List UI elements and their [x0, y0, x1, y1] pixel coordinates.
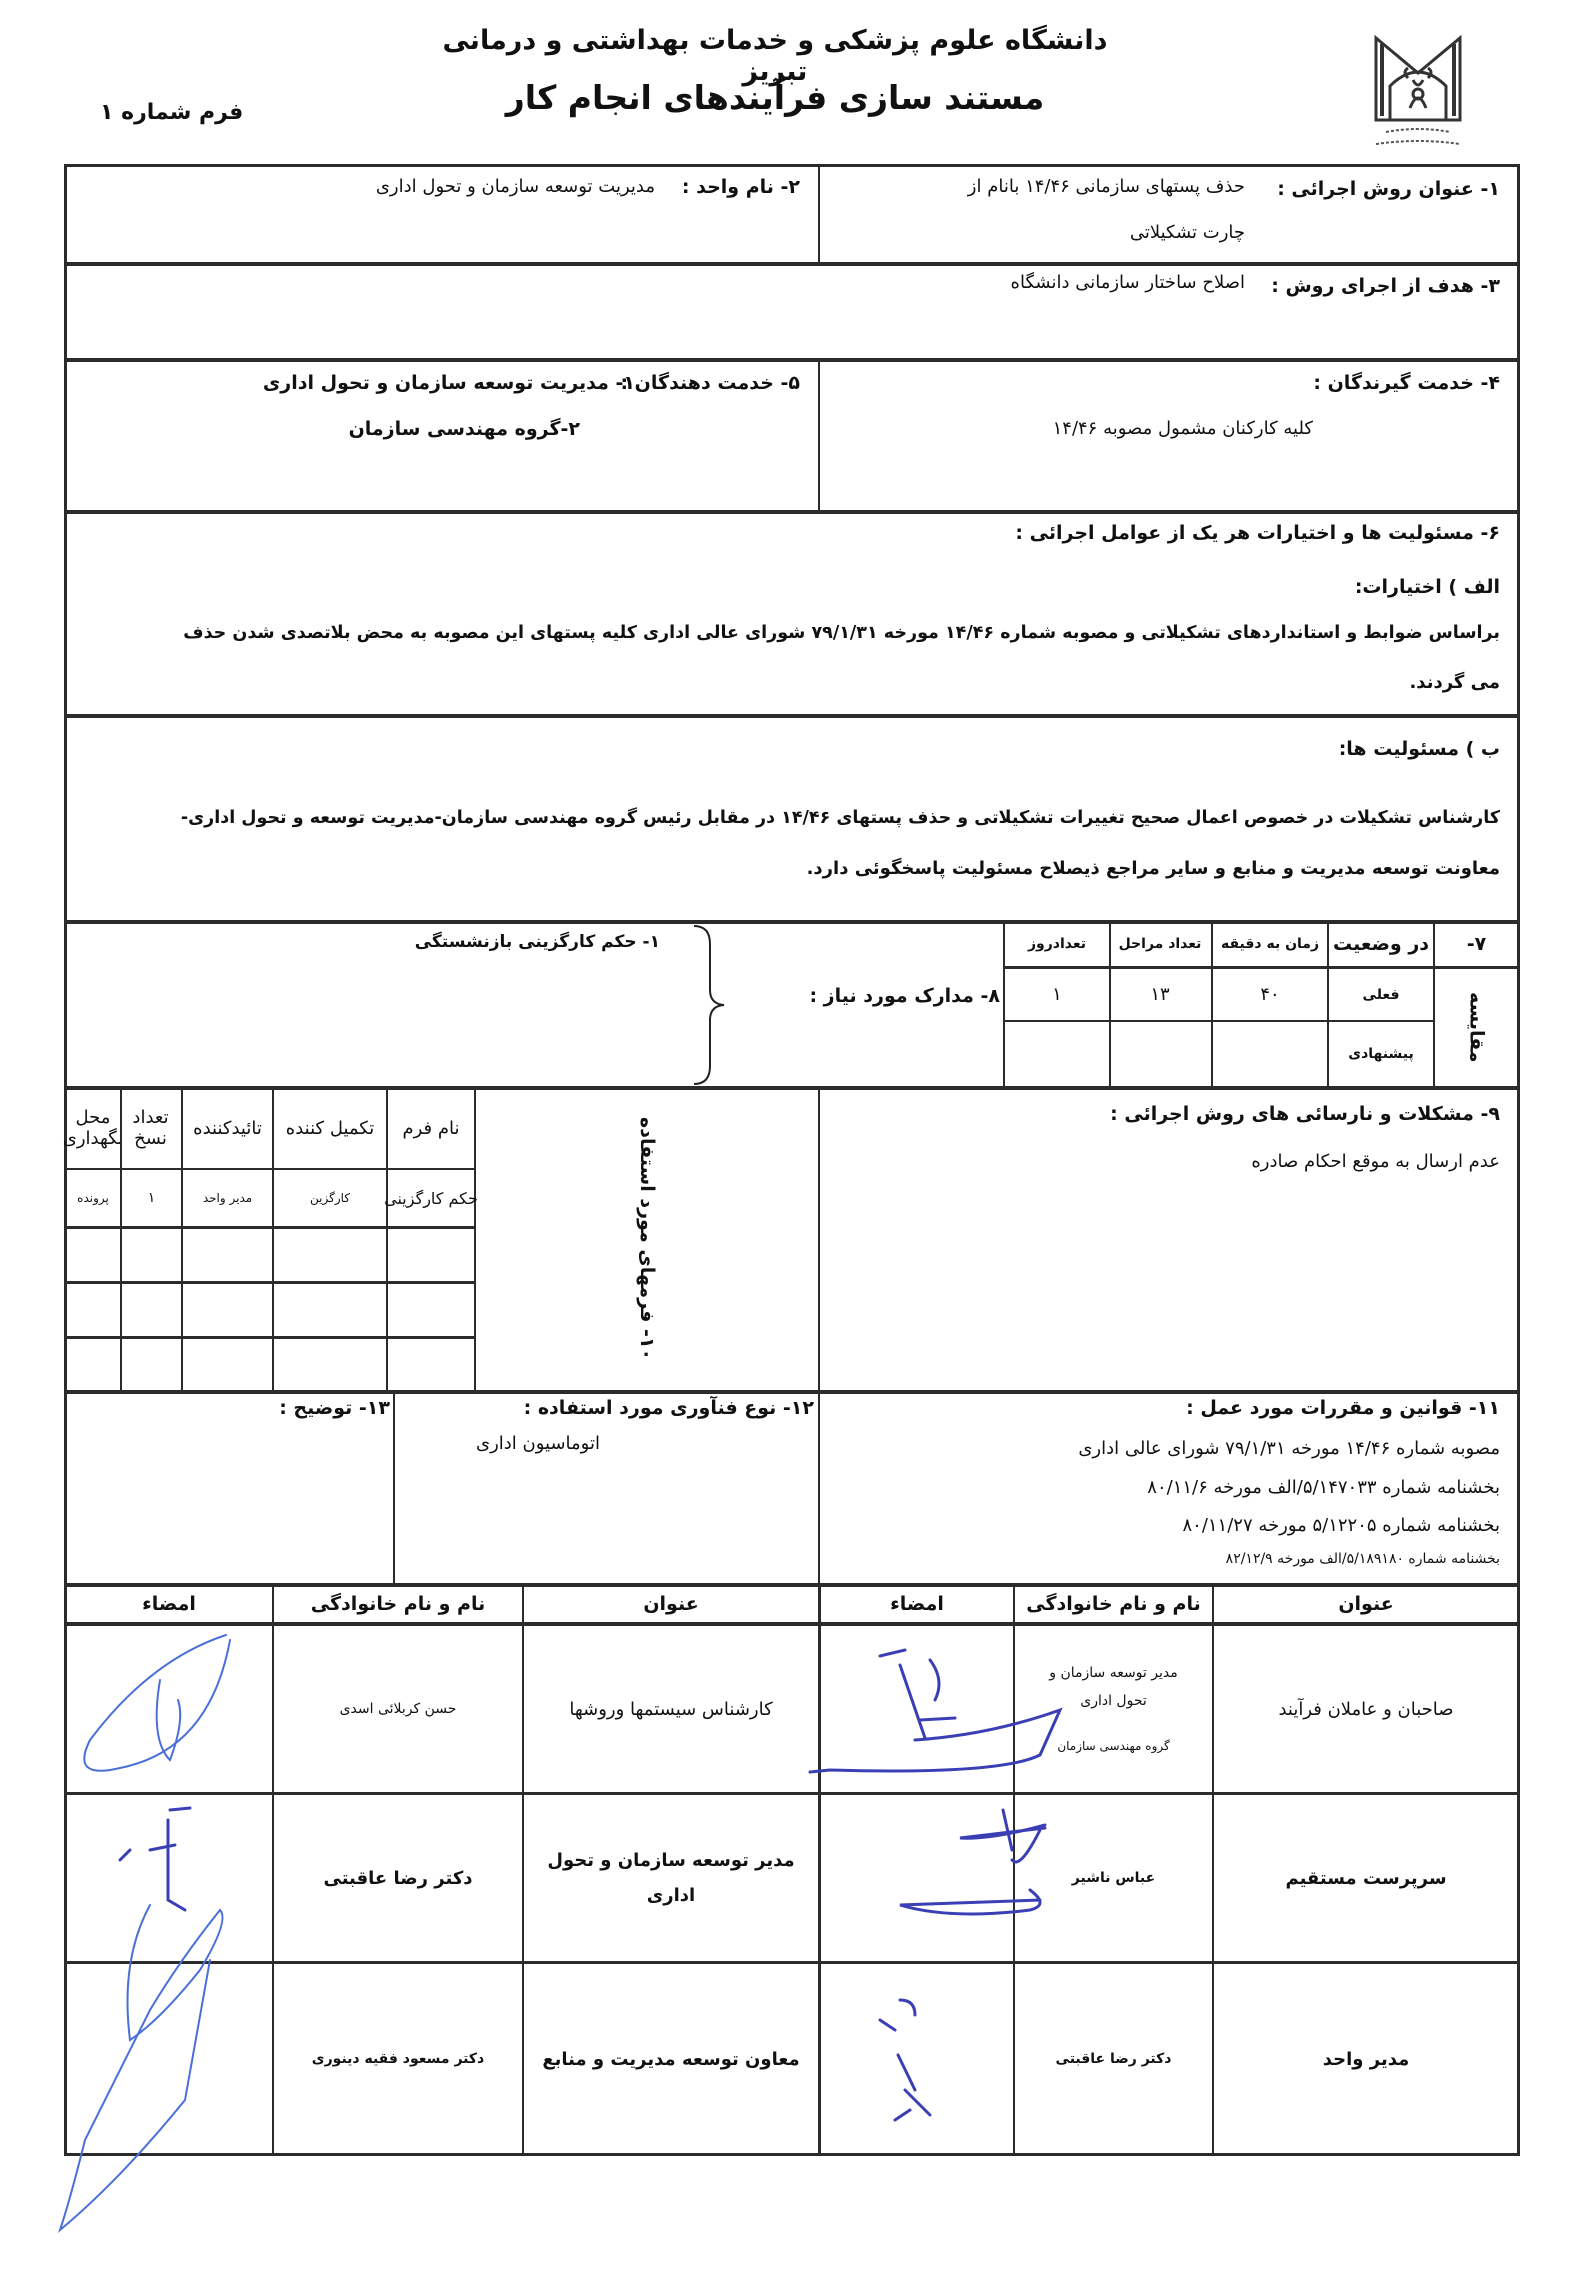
sig-header-title: عنوان: [524, 1586, 818, 1622]
divider: [66, 1281, 474, 1284]
section1-label: ۱- عنوان روش اجرائی :: [1277, 178, 1500, 200]
form-row-approver: مدیر واحد: [183, 1170, 272, 1226]
university-logo-icon: [1358, 28, 1478, 158]
col-storage-line1: محل: [76, 1107, 111, 1128]
sig-title: مدیر واحد: [1214, 1964, 1518, 2154]
sig-title: صاحبان و عاملان فرآیند: [1214, 1626, 1518, 1792]
divider: [818, 166, 820, 266]
row-proposed-status: پیشنهادی: [1329, 1022, 1433, 1086]
authority-text: براساس ضوابط و استانداردهای تشکیلاتی و م…: [183, 623, 1500, 643]
regulation-item: مصوبه شماره ۱۴/۴۶ مورخه ۷۹/۱/۳۱ شورای عا…: [1078, 1438, 1500, 1459]
col-copies: تعداد نسخ: [120, 1088, 181, 1168]
sig-title: کارشناس سیستمها وروشها: [524, 1626, 818, 1792]
sig-name: حسن کربلائی اسدی: [274, 1626, 522, 1792]
divider: [120, 1088, 122, 1390]
sig-name: دکتر رضا عاقبتی: [1015, 1964, 1212, 2154]
page-title: مستند سازی فرآیندهای انجام کار: [430, 78, 1120, 117]
responsibility-label: ب ) مسئولیت ها:: [1339, 738, 1500, 760]
row-current-days: ۱: [1005, 969, 1109, 1020]
sig-header-name: نام و نام خانوادگی: [274, 1586, 522, 1622]
section7-label: ۷-: [1435, 922, 1518, 966]
col-form-name: نام فرم: [388, 1088, 474, 1168]
sig-name: مدیر توسعه سازمان و تحول اداری گروه مهند…: [1015, 1626, 1212, 1792]
section2-label: ۲- نام واحد :: [682, 176, 800, 198]
row-current-steps: ۱۳: [1111, 969, 1209, 1020]
col-approver: تائیدکننده: [183, 1088, 272, 1168]
section8-label: ۸- مدارک مورد نیاز :: [809, 985, 1000, 1007]
sig-title: سرپرست مستقیم: [1214, 1795, 1518, 1961]
section10-label: ۱۰- فرمهای مورد استفاده: [476, 1088, 818, 1390]
authority-text-cont: می گردند.: [1409, 672, 1500, 693]
divider: [818, 360, 820, 510]
section4-label: ۴- خدمت گیرندگان :: [1313, 372, 1500, 394]
form-row-name: حکم کارگزینی: [388, 1170, 474, 1226]
divider: [66, 358, 1518, 362]
sig-name: عباس ناشیر: [1015, 1795, 1212, 1961]
divider: [66, 714, 1518, 718]
col-days: تعدادروز: [1005, 922, 1109, 966]
section5-item2: ۲-گروه مهندسی سازمان: [349, 418, 580, 440]
divider: [66, 1390, 1518, 1394]
divider: [66, 262, 1518, 266]
sig-name-line1: مدیر توسعه سازمان و: [1049, 1665, 1178, 1681]
col-steps: تعداد مراحل: [1111, 922, 1209, 966]
sig-name-line3: گروه مهندسی سازمان: [1057, 1739, 1169, 1753]
form-number: فرم شماره ۱: [100, 100, 243, 125]
sig-title: معاون توسعه مدیریت و منابع: [524, 1964, 818, 2154]
sig-title: مدیر توسعه سازمان و تحول اداری: [524, 1795, 818, 1961]
col-storage-line2: نگهداری: [63, 1128, 123, 1149]
university-logo: [1358, 28, 1478, 158]
col-storage: محل نگهداری: [66, 1088, 120, 1168]
col-copies-line1: تعداد: [132, 1107, 168, 1128]
col-minutes: زمان به دقیقه: [1213, 922, 1327, 966]
section5-item1: ۱- مدیریت توسعه سازمان و تحول اداری: [263, 372, 635, 394]
sig-header-sign: امضاء: [66, 1586, 272, 1622]
divider: [818, 1088, 820, 1390]
section2-value: مدیریت توسعه سازمان و تحول اداری: [376, 176, 655, 197]
form-row-copies: ۱: [122, 1170, 181, 1226]
section6-label: ۶- مسئولیت ها و اختیارات هر یک از عوامل …: [1015, 522, 1500, 544]
responsibility-text: کارشناس تشکیلات در خصوص اعمال صحیح تغییر…: [181, 808, 1500, 828]
form-row-storage: پرونده: [66, 1170, 120, 1226]
section1-value-cont: چارت تشکیلاتی: [1130, 222, 1245, 243]
sig-title-line2: اداری: [647, 1885, 695, 1906]
row-current-status: فعلی: [1329, 969, 1433, 1020]
section12-label: ۱۲- نوع فنآوری مورد استفاده :: [524, 1397, 814, 1419]
regulation-item: بخشنامه شماره ۵/۱۴۷۰۳۳/الف مورخه ۸۰/۱۱/۶: [1147, 1477, 1500, 1498]
divider: [66, 1336, 474, 1339]
sig-title-line1: مدیر توسعه سازمان و تحول: [547, 1850, 794, 1871]
divider: [393, 1392, 395, 1584]
sig-header-sign: امضاء: [821, 1586, 1013, 1622]
section12-value: اتوماسیون اداری: [476, 1433, 600, 1454]
comparison-label: مقایسه: [1435, 969, 1518, 1086]
regulation-item: بخشنامه شماره ۵/۱۸۹۱۸۰/الف مورخه ۸۲/۱۲/۹: [1226, 1551, 1500, 1567]
divider: [818, 1586, 821, 2154]
section1-value: حذف پستهای سازمانی ۱۴/۴۶ بانام از: [968, 176, 1245, 197]
sig-name: دکتر رضا عاقبتی: [274, 1795, 522, 1961]
regulation-item: بخشنامه شماره ۵/۱۲۲۰۵ مورخه ۸۰/۱۱/۲۷: [1182, 1515, 1500, 1536]
section13-label: ۱۳- توضیح :: [279, 1397, 390, 1419]
authority-label: الف ) اختیارات:: [1355, 576, 1500, 598]
section11-label: ۱۱- قوانین و مقررات مورد عمل :: [1186, 1397, 1500, 1419]
section3-value: اصلاح ساختار سازمانی دانشگاه: [1011, 272, 1245, 293]
col-filler: تکمیل کننده: [274, 1088, 386, 1168]
brace-icon: [690, 924, 730, 1086]
sig-name: دکتر مسعود فقیه دینوری: [274, 1964, 522, 2154]
divider: [818, 1392, 820, 1584]
row-current-minutes: ۴۰: [1213, 969, 1327, 1020]
divider: [66, 510, 1518, 514]
section9-label: ۹- مشکلات و نارسائی های روش اجرائی :: [1110, 1103, 1500, 1125]
divider: [66, 1226, 474, 1229]
col-status: در وضعیت: [1329, 922, 1433, 966]
responsibility-text-cont: معاونت توسعه مدیریت و منابع و سایر مراجع…: [807, 858, 1500, 879]
required-document-item: ۱- حکم کارگزینی بازنشستگی: [415, 932, 660, 952]
section5-label: ۵- خدمت دهندگان :: [620, 372, 800, 394]
sig-header-name: نام و نام خانوادگی: [1015, 1586, 1212, 1622]
section4-value: کلیه کارکنان مشمول مصوبه ۱۴/۴۶: [1053, 418, 1313, 439]
form-row-filler: کارگزین: [274, 1170, 386, 1226]
sig-name-line2: تحول اداری: [1080, 1693, 1147, 1709]
section3-label: ۳- هدف از اجرای روش :: [1271, 275, 1500, 297]
section9-value: عدم ارسال به موقع احکام صادره: [1251, 1151, 1500, 1172]
col-copies-line2: نسخ: [134, 1128, 167, 1149]
sig-header-title: عنوان: [1214, 1586, 1518, 1622]
